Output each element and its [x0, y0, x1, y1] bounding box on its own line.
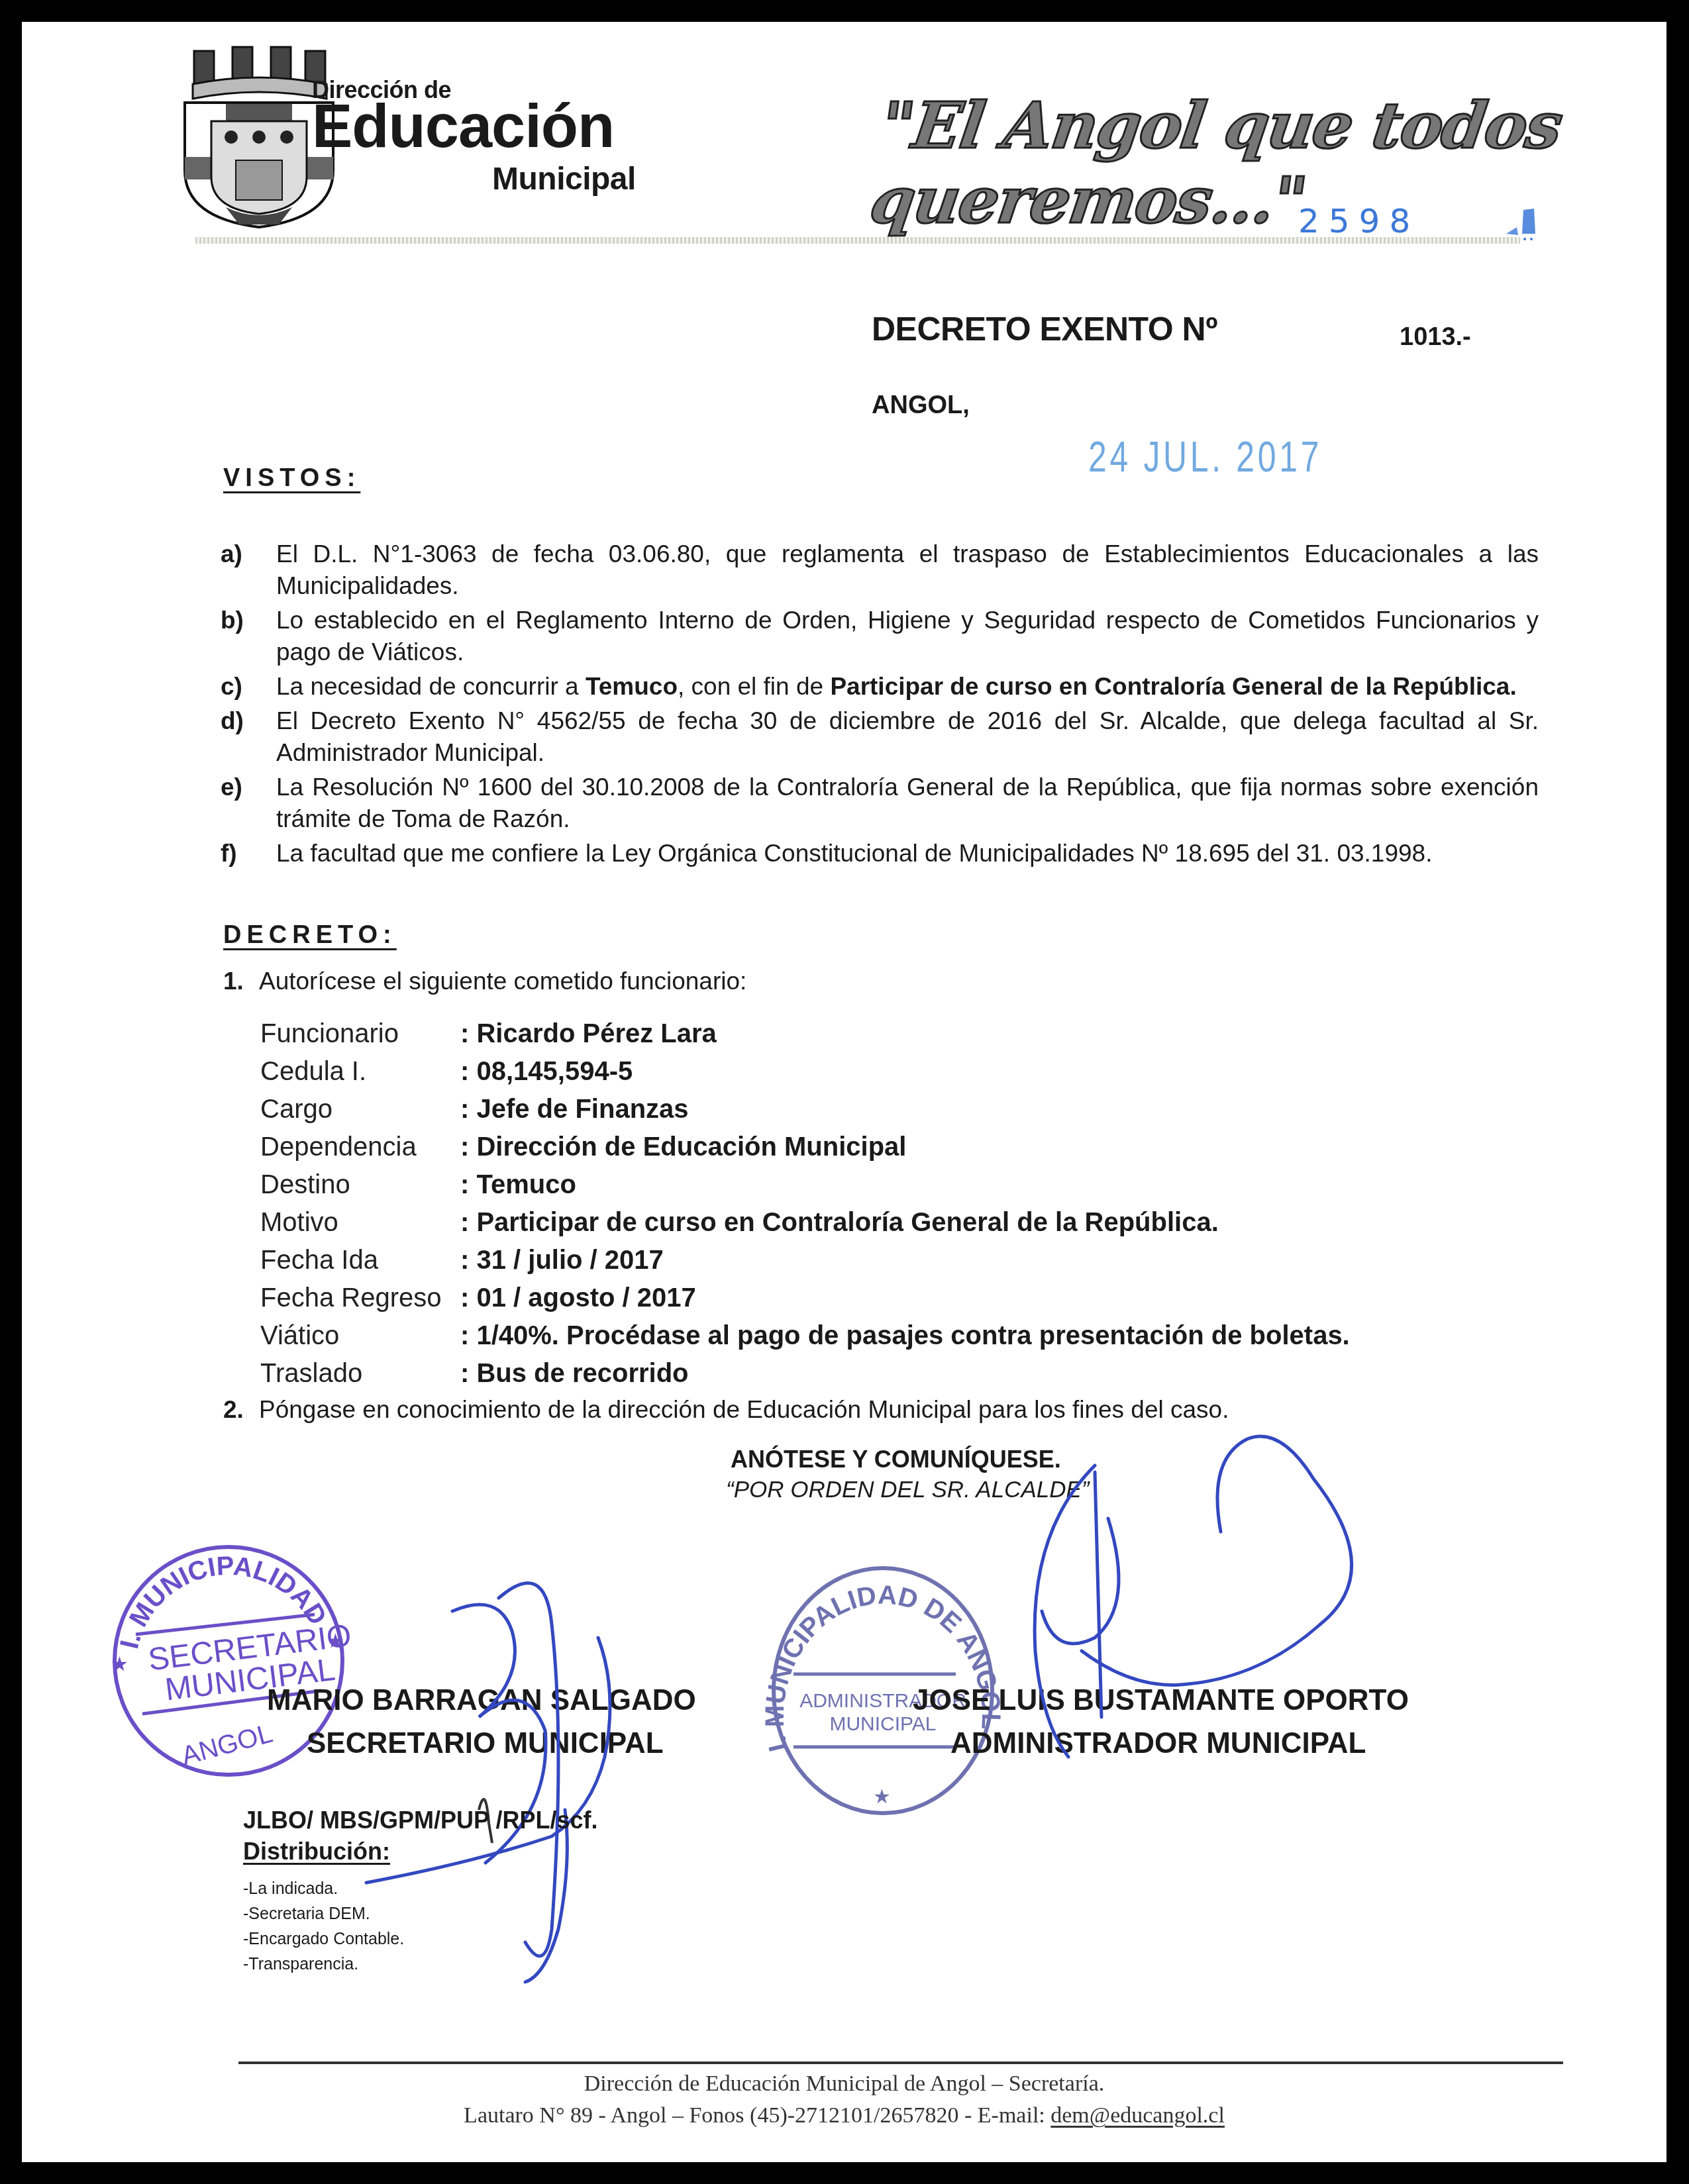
decreto-item-2: 2.Póngase en conocimiento de la direcció… — [223, 1396, 1229, 1424]
org-name-line2: Educación — [312, 96, 614, 157]
vistos-list: a) El D.L. N°1-3063 de fecha 03.06.80, q… — [221, 538, 1539, 872]
date-stamp: 24 JUL. 2017 — [1088, 432, 1322, 481]
ink-smudge-icon — [1501, 207, 1541, 240]
list-item: -Secretaria DEM. — [243, 1901, 404, 1926]
detail-row: Viático: 1/40%. Procédase al pago de pas… — [260, 1317, 1350, 1355]
list-item: c) La necesidad de concurrir a Temuco, c… — [221, 671, 1539, 703]
signatory-2-name: JOSE LUIS BUSTAMANTE OPORTO — [913, 1684, 1409, 1717]
svg-text:★: ★ — [327, 1630, 344, 1652]
distribution-heading: Distribución: — [243, 1838, 390, 1865]
list-item: -Encargado Contable. — [243, 1926, 404, 1952]
detail-row: Cargo: Jefe de Finanzas — [260, 1091, 1350, 1128]
detail-row: Traslado: Bus de recorrido — [260, 1355, 1350, 1393]
list-item: -La indicada. — [243, 1876, 404, 1901]
detail-row: Motivo: Participar de curso en Contralor… — [260, 1204, 1350, 1242]
footer-email-link[interactable]: dem@educangol.cl — [1050, 2103, 1225, 2128]
decreto-heading: DECRETO: — [223, 921, 397, 950]
closing-formula: ANÓTESE Y COMUNÍQUESE. — [731, 1446, 1061, 1473]
decreto-item-1: 1.Autorícese el siguiente cometido funci… — [223, 966, 746, 997]
cometido-details: Funcionario: Ricardo Pérez Lara Cedula I… — [260, 1015, 1350, 1393]
detail-row: Dependencia: Dirección de Educación Muni… — [260, 1128, 1350, 1166]
signatory-1-title: SECRETARIO MUNICIPAL — [307, 1727, 664, 1760]
document-page: Dirección de Educación Municipal "El Ang… — [22, 22, 1666, 2162]
header-divider — [195, 237, 1520, 244]
signatory-2-title: ADMINISTRADOR MUNICIPAL — [950, 1727, 1366, 1760]
footer-contact-line: Lautaro N° 89 - Angol – Fonos (45)-27121… — [22, 2103, 1666, 2128]
signatory-1-name: MARIO BARRAGAN SALGADO — [267, 1684, 696, 1717]
detail-row: Destino: Temuco — [260, 1166, 1350, 1204]
org-name-line3: Municipal — [492, 161, 636, 197]
decree-number: 1013.- — [1400, 323, 1471, 352]
decree-title: DECRETO EXENTO Nº — [872, 310, 1217, 348]
vistos-heading: VISTOS: — [223, 464, 360, 493]
detail-row: Fecha Regreso: 01 / agosto / 2017 — [260, 1279, 1350, 1317]
svg-text:★: ★ — [873, 1786, 891, 1808]
decree-place: ANGOL, — [872, 391, 970, 420]
footer-org-line: Dirección de Educación Municipal de Ango… — [22, 2071, 1666, 2097]
list-item: b) Lo establecido en el Reglamento Inter… — [221, 605, 1539, 668]
list-item: f) La facultad que me confiere la Ley Or… — [221, 838, 1539, 869]
list-item: a) El D.L. N°1-3063 de fecha 03.06.80, q… — [221, 538, 1539, 602]
svg-text:★: ★ — [111, 1654, 128, 1675]
detail-row: Cedula I.: 08,145,594-5 — [260, 1053, 1350, 1091]
slogan: "El Angol que todos queremos..." — [866, 88, 1677, 238]
list-item: d) El Decreto Exento N° 4562/55 de fecha… — [221, 705, 1539, 769]
list-item: e) La Resolución Nº 1600 del 30.10.2008 … — [221, 771, 1539, 835]
footer-divider — [238, 2061, 1563, 2064]
svg-text:ANGOL: ANGOL — [179, 1718, 276, 1771]
list-item: -Transparencia. — [243, 1952, 404, 1977]
reference-initials: JLBO/ MBS/GPM/PUP /RPL/scf. — [243, 1807, 597, 1834]
registry-number-stamp: 2598 — [1298, 202, 1419, 240]
by-order-note: “POR ORDEN DEL SR. ALCALDE” — [726, 1477, 1089, 1503]
distribution-list: -La indicada. -Secretaria DEM. -Encargad… — [243, 1876, 404, 1977]
detail-row: Funcionario: Ricardo Pérez Lara — [260, 1015, 1350, 1053]
detail-row: Fecha Ida: 31 / julio / 2017 — [260, 1242, 1350, 1279]
